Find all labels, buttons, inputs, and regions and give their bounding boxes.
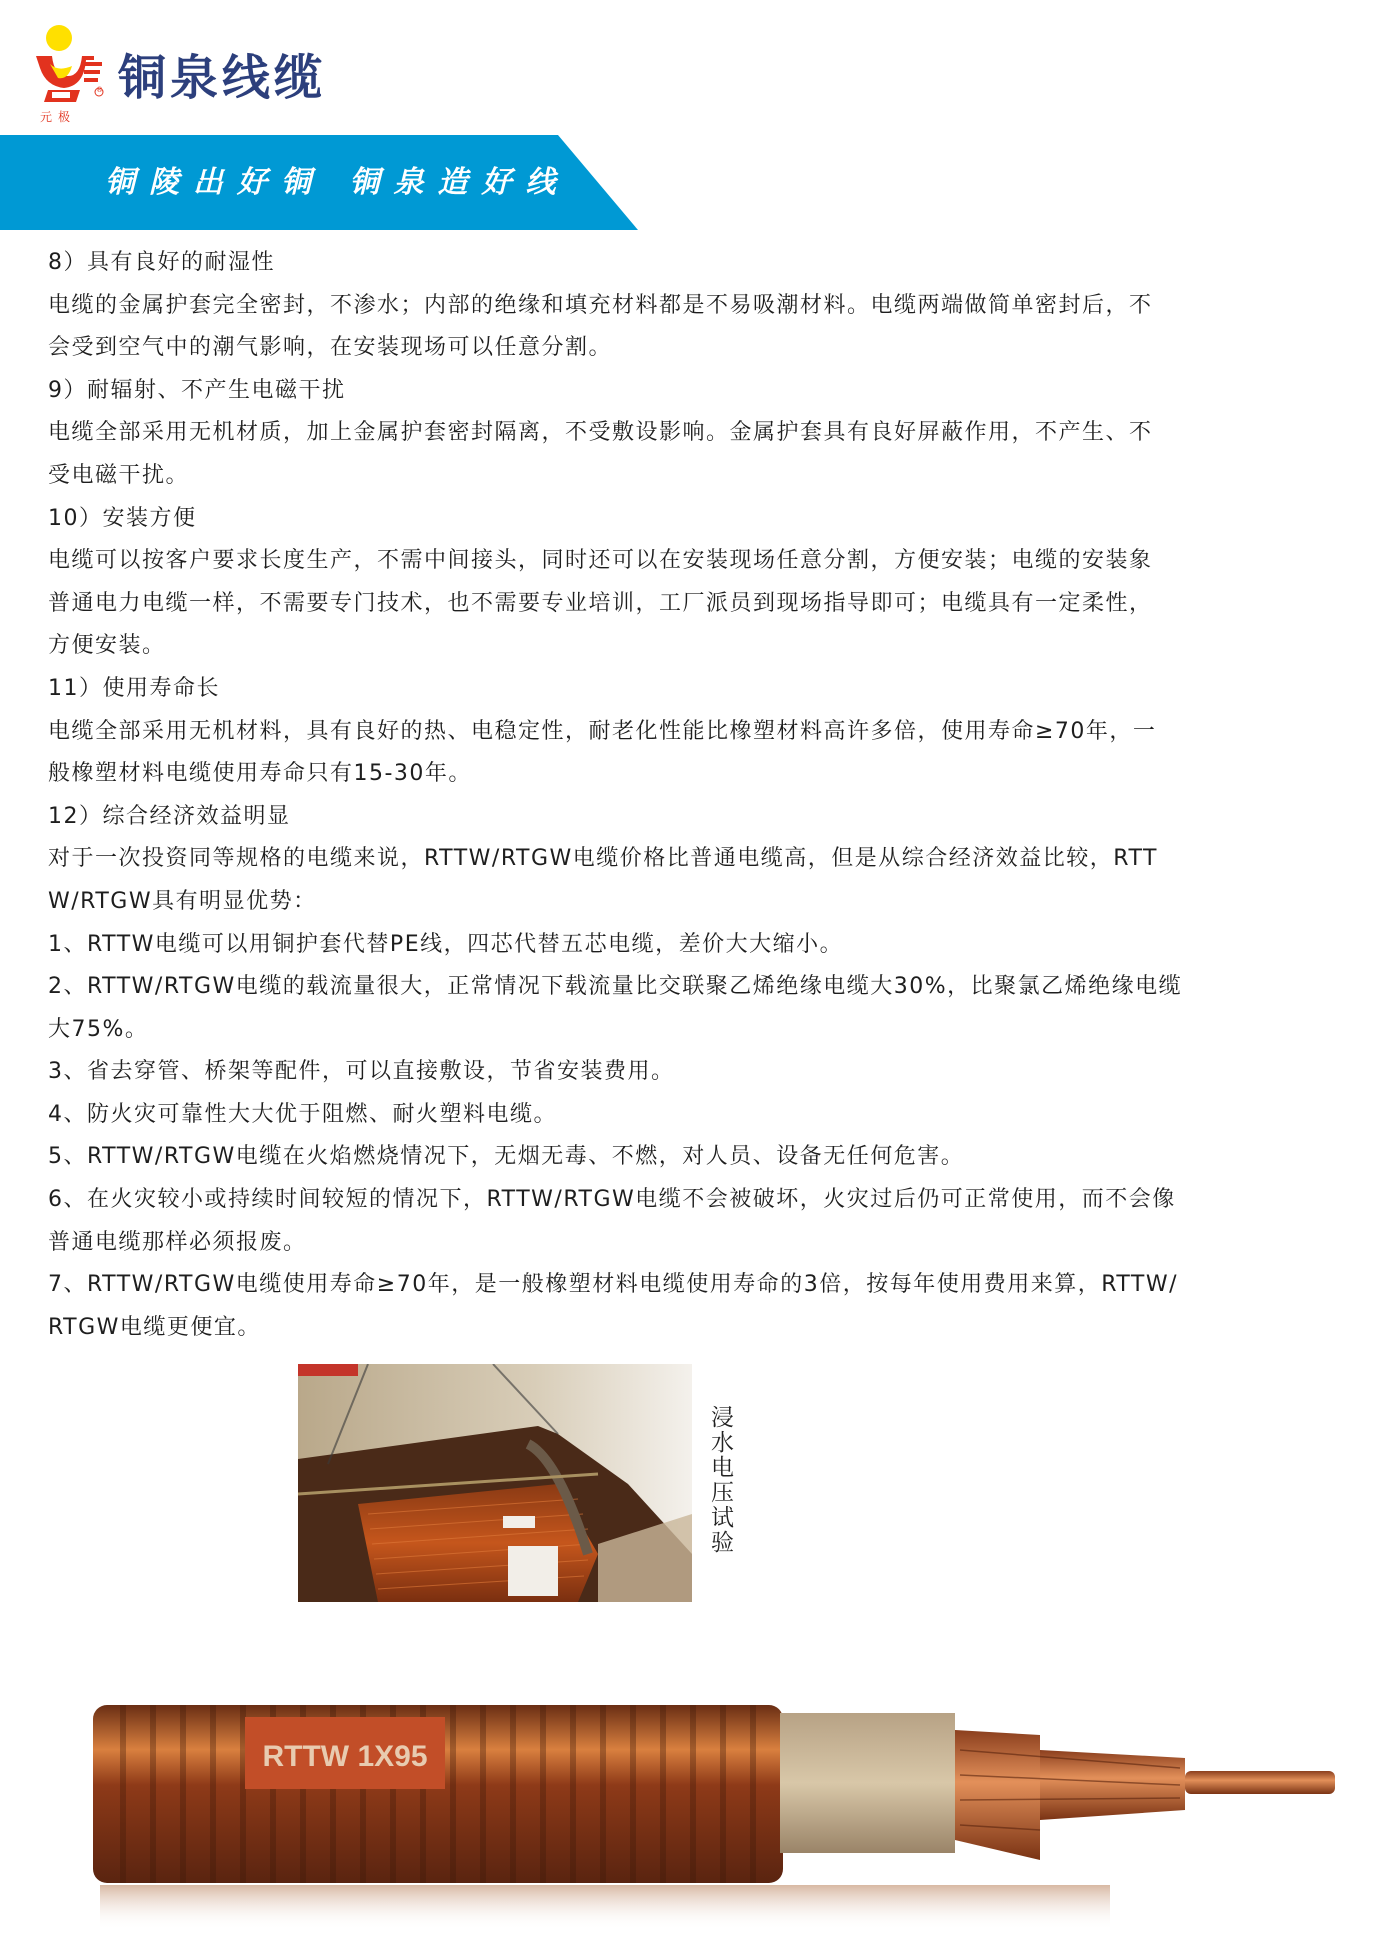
paragraph-line: 般橡塑材料电缆使用寿命只有15-30年。 — [48, 753, 1298, 796]
list-item: 普通电缆那样必须报废。 — [48, 1222, 1298, 1265]
paragraph-line: 电缆的金属护套完全密封，不渗水；内部的绝缘和填充材料都是不易吸潮材料。电缆两端做… — [48, 285, 1298, 328]
registered-mark: ® — [96, 86, 103, 94]
section-heading: 8）具有良好的耐湿性 — [48, 242, 1298, 285]
paragraph-line: W/RTGW具有明显优势： — [48, 881, 1298, 924]
list-item: 大75%。 — [48, 1009, 1298, 1052]
list-item: 1、RTTW电缆可以用铜护套代替PE线，四芯代替五芯电缆，差价大大缩小。 — [48, 924, 1298, 967]
list-item: 7、RTTW/RTGW电缆使用寿命≥70年，是一般橡塑材料电缆使用寿命的3倍，按… — [48, 1264, 1298, 1307]
section-heading: 10）安装方便 — [48, 498, 1298, 541]
paragraph-line: 电缆可以按客户要求长度生产，不需中间接头，同时还可以在安装现场任意分割，方便安装… — [48, 540, 1298, 583]
list-item: 5、RTTW/RTGW电缆在火焰燃烧情况下，无烟无毒、不燃，对人员、设备无任何危… — [48, 1136, 1298, 1179]
paragraph-line: 电缆全部采用无机材料，具有良好的热、电稳定性，耐老化性能比橡塑材料高许多倍，使用… — [48, 711, 1298, 754]
section-heading: 9）耐辐射、不产生电磁干扰 — [48, 370, 1298, 413]
paragraph-line: 受电磁干扰。 — [48, 455, 1298, 498]
mineral-insulated-cable-illustration: RTTW 1X95 — [80, 1680, 1370, 1930]
company-logo: ® 元极 — [28, 20, 108, 130]
immersion-test-photo — [298, 1364, 692, 1602]
cable-reel-in-tank-image — [298, 1364, 692, 1602]
logo-subtext: 元极 — [40, 108, 76, 125]
feature-text-block: 8）具有良好的耐湿性 电缆的金属护套完全密封，不渗水；内部的绝缘和填充材料都是不… — [48, 242, 1298, 1349]
list-item: 2、RTTW/RTGW电缆的载流量很大，正常情况下载流量比交联聚乙烯绝缘电缆大3… — [48, 966, 1298, 1009]
photo-caption: 浸水电压试验 — [706, 1405, 734, 1555]
paragraph-line: 方便安装。 — [48, 625, 1298, 668]
section-heading: 11）使用寿命长 — [48, 668, 1298, 711]
paragraph-line: 会受到空气中的潮气影响，在安装现场可以任意分割。 — [48, 327, 1298, 370]
slogan-text: 铜陵出好铜 铜泉造好线 — [105, 135, 569, 230]
paragraph-line: 对于一次投资同等规格的电缆来说，RTTW/RTGW电缆价格比普通电缆高，但是从综… — [48, 838, 1298, 881]
list-item: 4、防火灾可靠性大大优于阻燃、耐火塑料电缆。 — [48, 1094, 1298, 1137]
list-item: RTGW电缆更便宜。 — [48, 1307, 1298, 1350]
section-heading: 12）综合经济效益明显 — [48, 796, 1298, 839]
list-item: 3、省去穿管、桥架等配件，可以直接敷设，节省安装费用。 — [48, 1051, 1298, 1094]
paragraph-line: 普通电力电缆一样，不需要专门技术，也不需要专业培训，工厂派员到现场指导即可；电缆… — [48, 583, 1298, 626]
paragraph-line: 电缆全部采用无机材质，加上金属护套密封隔离，不受敷设影响。金属护套具有良好屏蔽作… — [48, 412, 1298, 455]
slogan-banner: 铜陵出好铜 铜泉造好线 — [0, 135, 640, 230]
brand-name: 铜泉线缆 — [118, 48, 326, 108]
list-item: 6、在火灾较小或持续时间较短的情况下，RTTW/RTGW电缆不会被破坏，火灾过后… — [48, 1179, 1298, 1222]
cable-label-text: RTTW 1X95 — [262, 1740, 427, 1773]
rttw-cable-image: RTTW 1X95 — [80, 1680, 1370, 1930]
